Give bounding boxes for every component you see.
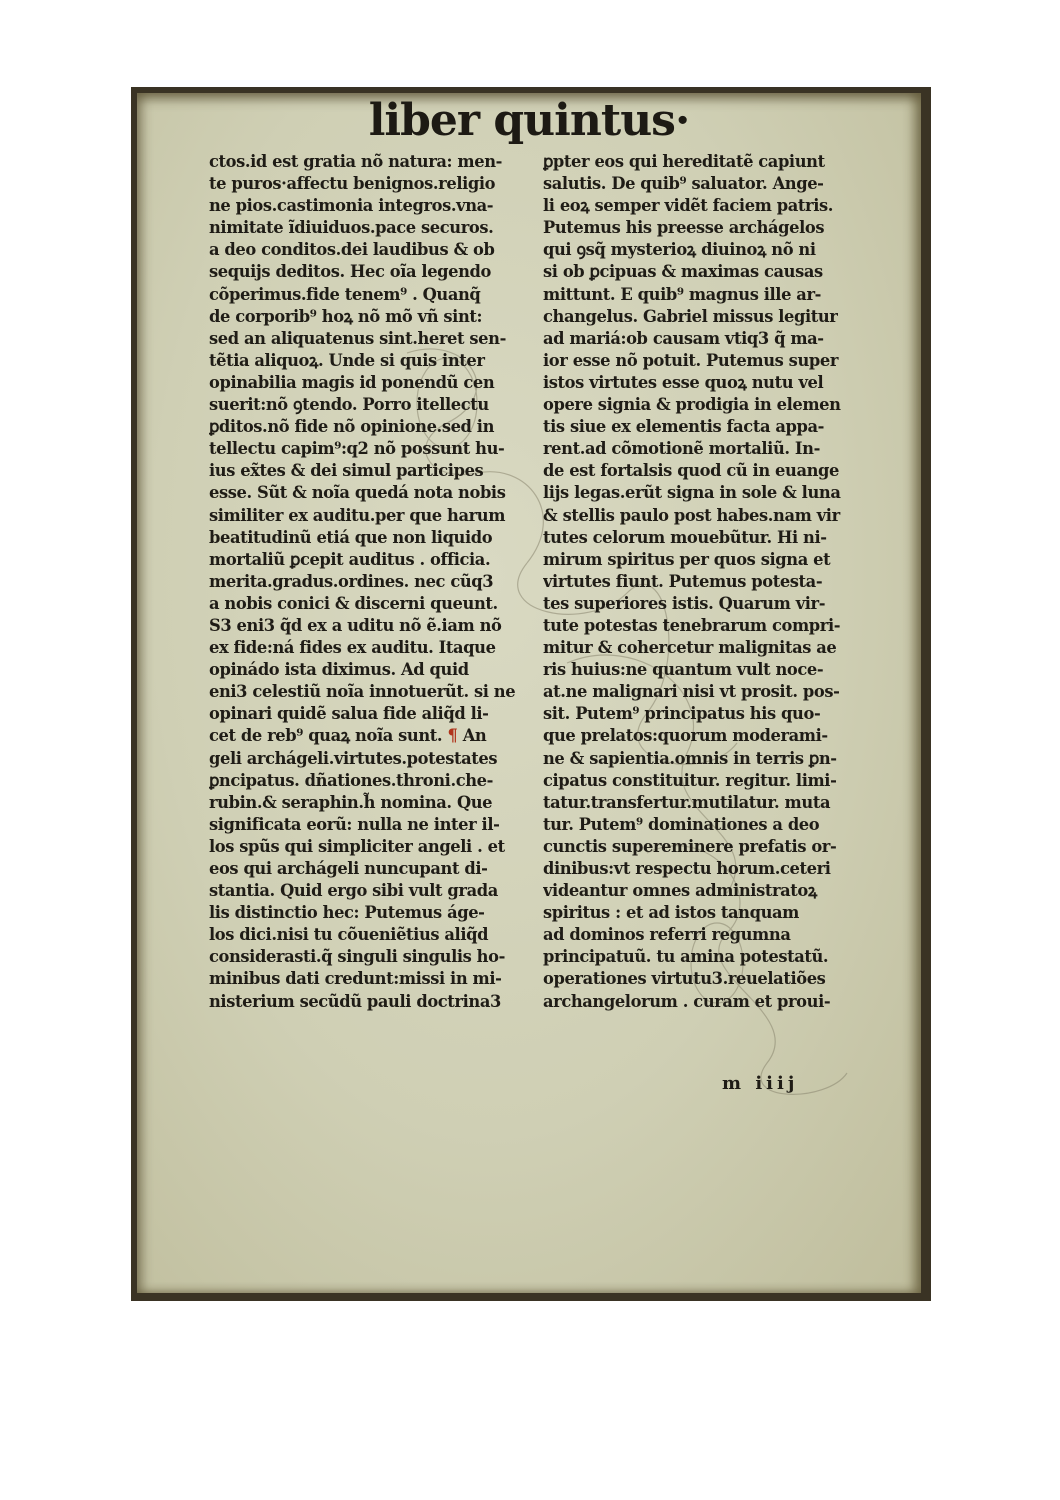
text-line: tatur.transfertur.mutilatur. muta	[543, 792, 873, 814]
text-line: que prelatos:quorum moderami-	[543, 725, 873, 747]
text-line: tellectu capim⁹:q2 nõ possunt hu-	[209, 438, 539, 460]
text-line: sed an aliquatenus sint.heret sen-	[209, 328, 539, 350]
text-line: de est fortalsis quod cũ in euange	[543, 460, 873, 482]
text-line: ꝑncipatus. dñationes.throni.che-	[209, 770, 539, 792]
text-line: tute potestas tenebrarum compri-	[543, 615, 873, 637]
text-line: rent.ad cõmotionẽ mortaliũ. In-	[543, 438, 873, 460]
text-line: te puros·affectu benignos.religio	[209, 173, 539, 195]
text-line: beatitudinũ etiá que non liquido	[209, 527, 539, 549]
text-line: mirum spiritus per quos signa et	[543, 549, 873, 571]
text-line: tẽtia aliquoꝝ. Unde si quis inter	[209, 350, 539, 372]
text-line: changelus. Gabriel missus legitur	[543, 306, 873, 328]
rubric-paragraph-mark: ¶	[447, 726, 457, 745]
book-page: liber quintus· ctos.id est gratia nõ nat…	[137, 93, 921, 1293]
signature-mark: m iiij	[722, 1073, 798, 1094]
text-line: istos virtutes esse quoꝝ nutu vel	[543, 372, 873, 394]
text-line: at.ne malignari nisi vt prosit. pos-	[543, 681, 873, 703]
text-line: dinibus:vt respectu horum.ceteri	[543, 858, 873, 880]
text-line: cunctis supereminere prefatis or-	[543, 836, 873, 858]
text-line: ne & sapientia.omnis in terris ꝑn-	[543, 748, 873, 770]
text-line: ex fide:ná fides ex auditu. Itaque	[209, 637, 539, 659]
text-line: esse. Sũt & noĩa quedá nota nobis	[209, 482, 539, 504]
text-line: qui ꝯsq̃ mysterioꝝ diuinoꝝ nõ ni	[543, 239, 873, 261]
text-line: ne pios.castimonia integros.vna-	[209, 195, 539, 217]
text-line: de corporib⁹ hoꝝ nõ mõ vñ sint:	[209, 306, 539, 328]
text-line: opinabilia magis id ponendũ cen	[209, 372, 539, 394]
text-line: ad dominos referri regumna	[543, 924, 873, 946]
text-line: & stellis paulo post habes.nam vir	[543, 505, 873, 527]
running-head: liber quintus·	[137, 95, 921, 146]
text-line: Putemus his preesse archágelos	[543, 217, 873, 239]
text-line: significata eorũ: nulla ne inter il-	[209, 814, 539, 836]
text-line: ꝑditos.nõ fide nõ opinione.sed in	[209, 416, 539, 438]
text-line: stantia. Quid ergo sibi vult grada	[209, 880, 539, 902]
text-line: a nobis conici & discerni queunt.	[209, 593, 539, 615]
text-line: lijs legas.erũt signa in sole & luna	[543, 482, 873, 504]
text-line: eos qui archágeli nuncupant di-	[209, 858, 539, 880]
text-line: sequijs deditos. Hec oĩa legendo	[209, 261, 539, 283]
text-line: ris huius:ne quantum vult noce-	[543, 659, 873, 681]
text-line: ctos.id est gratia nõ natura: men-	[209, 151, 539, 173]
text-line: mortaliũ ꝑcepit auditus . officia.	[209, 549, 539, 571]
text-line: suerit:nõ ꝯtendo. Porro itellectu	[209, 394, 539, 416]
text-line: salutis. De quib⁹ saluator. Ange-	[543, 173, 873, 195]
text-line: opinádo ista diximus. Ad quid	[209, 659, 539, 681]
text-line: lis distinctio hec: Putemus áge-	[209, 902, 539, 924]
text-line: ad mariá:ob causam vtiq3 q̃ ma-	[543, 328, 873, 350]
text-line: spiritus : et ad istos tanquam	[543, 902, 873, 924]
text-line: eni3 celestiũ noĩa innotuerũt. si ne	[209, 681, 539, 703]
text-line: a deo conditos.dei laudibus & ob	[209, 239, 539, 261]
text-line: minibus dati credunt:missi in mi-	[209, 968, 539, 990]
text-line: similiter ex auditu.per que harum	[209, 505, 539, 527]
left-text-column: ctos.id est gratia nõ natura: men-te pur…	[209, 151, 539, 1013]
text-line: mitur & cohercetur malignitas ae	[543, 637, 873, 659]
text-line: los spũs qui simpliciter angeli . et	[209, 836, 539, 858]
text-line: ꝑpter eos qui hereditatẽ capiunt	[543, 151, 873, 173]
text-line: S3 eni3 q̃d ex a uditu nõ ẽ.iam nõ	[209, 615, 539, 637]
text-line: geli archágeli.virtutes.potestates	[209, 748, 539, 770]
text-line: si ob ꝑcipuas & maximas causas	[543, 261, 873, 283]
text-line: opere signia & prodigia in elemen	[543, 394, 873, 416]
text-line: tur. Putem⁹ dominationes a deo	[543, 814, 873, 836]
text-line: operationes virtutu3.reuelatiões	[543, 968, 873, 990]
text-line: nimitate ĩdiuiduos.pace securos.	[209, 217, 539, 239]
text-line: virtutes fiunt. Putemus potesta-	[543, 571, 873, 593]
text-line: mittunt. E quib⁹ magnus ille ar-	[543, 284, 873, 306]
text-line: los dici.nisi tu cõueniẽtius aliq̃d	[209, 924, 539, 946]
text-line: videantur omnes administratoꝝ	[543, 880, 873, 902]
text-line: nisterium secũdũ pauli doctrina3	[209, 991, 539, 1013]
text-line: ior esse nõ potuit. Putemus super	[543, 350, 873, 372]
text-line: cet de reb⁹ quaꝝ noĩa sunt. ¶ An	[209, 725, 539, 747]
text-line: archangelorum . curam et proui-	[543, 991, 873, 1013]
right-text-column: ꝑpter eos qui hereditatẽ capiuntsalutis.…	[543, 151, 873, 1013]
text-line: tes superiores istis. Quarum vir-	[543, 593, 873, 615]
text-line: li eoꝝ semper vidẽt faciem patris.	[543, 195, 873, 217]
text-line: sit. Putem⁹ principatus his quo-	[543, 703, 873, 725]
text-line: ius ex̃tes & dei simul participes	[209, 460, 539, 482]
text-line: merita.gradus.ordines. nec cũq3	[209, 571, 539, 593]
text-line: tis siue ex elementis facta appa-	[543, 416, 873, 438]
text-line: tutes celorum mouebũtur. Hi ni-	[543, 527, 873, 549]
text-line: considerasti.q̃ singuli singulis ho-	[209, 946, 539, 968]
text-line: opinari quidẽ salua fide aliq̃d li-	[209, 703, 539, 725]
scanned-page-photo: liber quintus· ctos.id est gratia nõ nat…	[131, 87, 931, 1301]
text-line: cõperimus.fide tenem⁹ . Quanq̃	[209, 284, 539, 306]
text-line: rubin.& seraphin.h̃ nomina. Que	[209, 792, 539, 814]
text-line: principatuũ. tu amina potestatũ.	[543, 946, 873, 968]
text-line: cipatus constituitur. regitur. limi-	[543, 770, 873, 792]
